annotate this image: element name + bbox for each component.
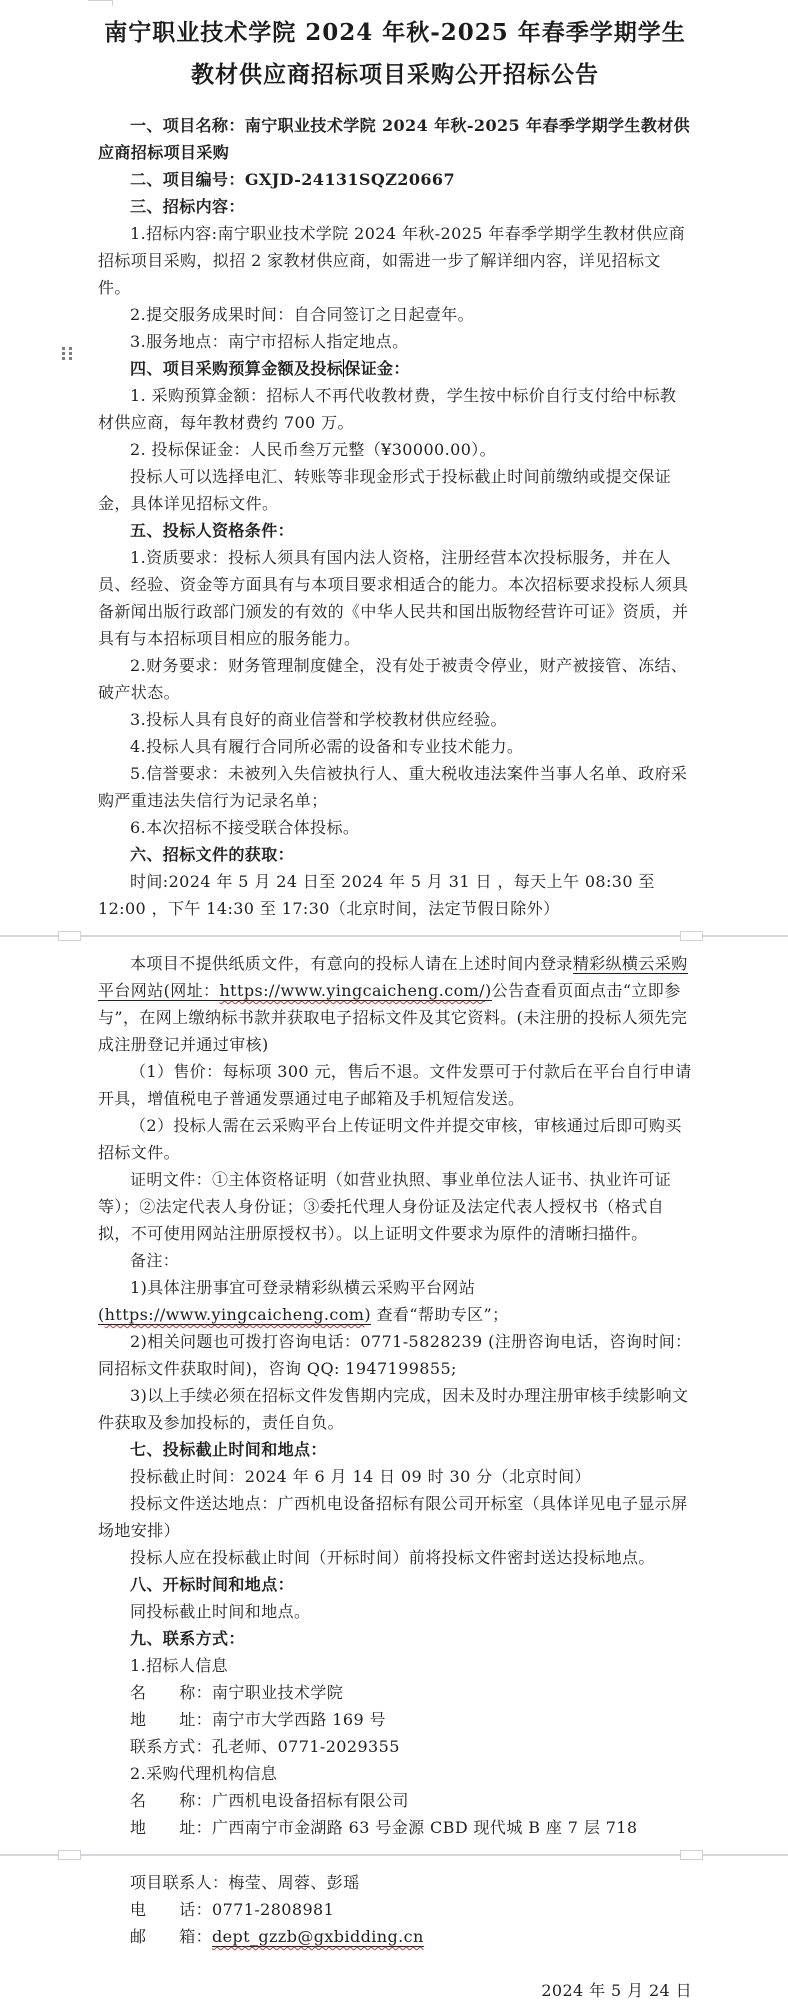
text-run: 保证金： [344, 359, 410, 378]
text-run: 二、项目编号： [130, 170, 245, 189]
text-run: 九、联系方式： [130, 1629, 245, 1648]
paragraph: 2.提交服务成果时间：自合同签订之日起壹年。 [98, 301, 692, 328]
text-run: 备注： [130, 1251, 179, 1270]
text-run: 2024 年 5 月 24 日 [541, 1981, 692, 2000]
text-run: 八、开标时间和地点： [130, 1575, 294, 1594]
paragraph: 项目联系人：梅莹、周蓉、彭瑶 [98, 1869, 692, 1896]
paragraph: 投标文件送达地点：广西机电设备招标有限公司开标室（具体详见电子显示屏场地安排） [98, 1490, 692, 1544]
paragraph: 联系方式：孔老师、0771-2029355 [98, 1733, 692, 1760]
text-run: 2)相关问题也可拨打咨询电话：0771-5828239 (注册咨询电话，咨询时间… [98, 1332, 692, 1378]
text-run: 2.财务要求：财务管理制度健全，没有处于被责令停业，财产被接管、冻结、破产状态。 [98, 656, 687, 702]
text-run: GXJD-24131SQZ20667 [245, 170, 455, 189]
text-run: ( [98, 1305, 105, 1325]
text-run: 本项目不提供纸质文件，有意向的投标人请在上述时间内登录 [130, 954, 573, 973]
text-run: 电 话：0771-2808981 [130, 1900, 334, 1919]
text-run: 证明文件：①主体资格证明（如营业执照、事业单位法人证书、执业许可证等）；②法定代… [98, 1170, 671, 1243]
text-run: 2. 投标保证金：人民币叁万元整（¥30000.00）。 [130, 440, 496, 459]
paragraph: 2)相关问题也可拨打咨询电话：0771-5828239 (注册咨询电话，咨询时间… [98, 1328, 692, 1382]
section-5-heading: 五、投标人资格条件： [98, 517, 692, 544]
paragraph: 地 址：广西南宁市金湖路 63 号金源 CBD 现代城 B 座 7 层 718 [98, 1814, 692, 1841]
text-run: 同投标截止时间和地点。 [130, 1602, 310, 1621]
text-run: 2.采购代理机构信息 [130, 1764, 277, 1783]
text-run: 三、招标内容： [130, 197, 245, 216]
text-run: 1.资质要求：投标人须具有国内法人资格，注册经营本次投标服务，并在人员、经验、资… [98, 548, 688, 648]
text-run: 六、招标文件的获取： [130, 845, 294, 864]
text-run: （1）售价：每标项 300 元，售后不退。文件发票可于付款后在平台自行申请开具，… [98, 1062, 692, 1108]
text-run: 6.本次招标不接受联合体投标。 [130, 818, 359, 837]
text-run: 地 址：广西南宁市金湖路 63 号金源 CBD 现代城 B 座 7 层 718 [130, 1818, 637, 1837]
text-run: 项目联系人：梅莹、周蓉、彭瑶 [130, 1873, 360, 1892]
paragraph: 3)以上手续必须在招标文件发售期内完成，因未及时办理注册审核手续影响文件获取及参… [98, 1382, 692, 1436]
text-run: ) [485, 981, 492, 1001]
announcement-date: 2024 年 5 月 24 日 [98, 1977, 692, 2004]
section-9-heading: 九、联系方式： [98, 1625, 692, 1652]
paragraph: （1）售价：每标项 300 元，售后不退。文件发票可于付款后在平台自行申请开具，… [98, 1058, 692, 1112]
paragraph: 2.采购代理机构信息 [98, 1760, 692, 1787]
text-run: 投标人可以选择电汇、转账等非现金形式于投标截止时间前缴纳或提交保证金，具体详见招… [98, 467, 671, 513]
text-run: 1.招标人信息 [130, 1656, 228, 1675]
paragraph: 1. 采购预算金额：招标人不再代收教材费，学生按中标价自行支付给中标教材供应商，… [98, 382, 692, 436]
text-run: 南宁职业技术学院 2024 年秋-2025 年春季学期学生教材供应商招标项目采购… [104, 19, 686, 88]
section-6-heading: 六、招标文件的获取： [98, 841, 692, 868]
text-run: 1. 采购预算金额：招标人不再代收教材费，学生按中标价自行支付给中标教材供应商，… [98, 386, 676, 432]
paragraph: （2）投标人需在云采购平台上传证明文件并提交审核，审核通过后即可购买招标文件。 [98, 1112, 692, 1166]
document-title: 南宁职业技术学院 2024 年秋-2025 年春季学期学生教材供应商招标项目采购… [98, 12, 692, 96]
text-run: 地 址：南宁市大学西路 169 号 [130, 1710, 386, 1729]
text-run: 七、投标截止时间和地点： [130, 1440, 327, 1459]
text-run: 3.服务地点：南宁市招标人指定地点。 [130, 332, 408, 351]
paragraph: 备注： [98, 1247, 692, 1274]
text-run: 1.招标内容:南宁职业技术学院 2024 年秋-2025 年春季学期学生教材供应… [98, 224, 685, 297]
paragraph: 证明文件：①主体资格证明（如营业执照、事业单位法人证书、执业许可证等）；②法定代… [98, 1166, 692, 1247]
text-run: 五、投标人资格条件： [130, 521, 294, 540]
text-run: 投标文件送达地点：广西机电设备招标有限公司开标室（具体详见电子显示屏场地安排） [98, 1494, 688, 1540]
text-run: 时间:2024 年 5 月 24 日至 2024 年 5 月 31 日 ，每天上… [98, 872, 655, 918]
section-1-heading: 一、项目名称：南宁职业技术学院 2024 年秋-2025 年春季学期学生教材供应… [98, 112, 692, 166]
paragraph: 6.本次招标不接受联合体投标。 [98, 814, 692, 841]
paragraph: 4.投标人具有履行合同所必需的设备和专业技术能力。 [98, 733, 692, 760]
paragraph: 邮 箱：dept_gzzb@gxbidding.cn [98, 1923, 692, 1950]
page-margin-mark [58, 931, 81, 941]
section-4-heading: 四、项目采购预算金额及投标保证金： [98, 355, 692, 382]
paragraph: 2.财务要求：财务管理制度健全，没有处于被责令停业，财产被接管、冻结、破产状态。 [98, 652, 692, 706]
paragraph: 名 称：广西机电设备招标有限公司 [98, 1787, 692, 1814]
page-break-line [0, 1854, 788, 1856]
paragraph: 名 称：南宁职业技术学院 [98, 1679, 692, 1706]
document-body: 南宁职业技术学院 2024 年秋-2025 年春季学期学生教材供应商招标项目采购… [0, 12, 788, 2004]
paragraph: 1.招标内容:南宁职业技术学院 2024 年秋-2025 年春季学期学生教材供应… [98, 220, 692, 301]
text-run: 名 称：广西机电设备招标有限公司 [130, 1791, 409, 1810]
text-run: 四、项目采购预算金额及投标 [130, 359, 343, 378]
text-run: 2.提交服务成果时间：自合同签订之日起壹年。 [130, 305, 474, 324]
text-run: （2）投标人需在云采购平台上传证明文件并提交审核，审核通过后即可购买招标文件。 [98, 1116, 682, 1162]
paragraph: 同投标截止时间和地点。 [98, 1598, 692, 1625]
paragraph: 5.信誉要求：未被列入失信被执行人、重大税收违法案件当事人名单、政府采购严重违法… [98, 760, 692, 814]
paragraph: 1.招标人信息 [98, 1652, 692, 1679]
paragraph: 时间:2024 年 5 月 24 日至 2024 年 5 月 31 日 ，每天上… [98, 868, 692, 922]
text-run: 查看“帮助专区”； [371, 1305, 508, 1324]
section-2-heading: 二、项目编号：GXJD-24131SQZ20667 [98, 166, 692, 193]
page-break-line [0, 935, 788, 937]
text-run: 1)具体注册事宜可登录精彩纵横云采购平台网站 [130, 1278, 475, 1297]
contact-email-link[interactable]: dept_gzzb@gxbidding.cn [212, 1927, 424, 1947]
paragraph: 地 址：南宁市大学西路 169 号 [98, 1706, 692, 1733]
word-document-page: 南宁职业技术学院 2024 年秋-2025 年春季学期学生教材供应商招标项目采购… [0, 0, 788, 2004]
section-3-heading: 三、招标内容： [98, 193, 692, 220]
page-margin-crop-mark [88, 0, 113, 6]
paragraph: 电 话：0771-2808981 [98, 1896, 692, 1923]
paragraph: 2. 投标保证金：人民币叁万元整（¥30000.00）。 [98, 436, 692, 463]
paragraph: 1)具体注册事宜可登录精彩纵横云采购平台网站(https://www.yingc… [98, 1274, 692, 1328]
page-margin-mark [680, 931, 703, 941]
text-run: 3)以上手续必须在招标文件发售期内完成，因未及时办理注册审核手续影响文件获取及参… [98, 1386, 688, 1432]
paragraph: 投标截止时间：2024 年 6 月 14 日 09 时 30 分（北京时间） [98, 1463, 692, 1490]
text-run: 3.投标人具有良好的商业信誉和学校教材供应经验。 [130, 710, 507, 729]
text-run: 邮 箱： [130, 1927, 212, 1946]
text-run: 名 称：南宁职业技术学院 [130, 1683, 343, 1702]
platform-url-link-2[interactable]: https://www.yingcaicheng.com [105, 1305, 365, 1325]
page-margin-mark [58, 1850, 81, 1860]
paragraph: 本项目不提供纸质文件，有意向的投标人请在上述时间内登录精彩纵横云采购平台网站(网… [98, 950, 692, 1058]
text-run: 一、项目名称： [130, 116, 245, 135]
paragraph: 1.资质要求：投标人须具有国内法人资格，注册经营本次投标服务，并在人员、经验、资… [98, 544, 692, 652]
page-margin-mark [680, 1850, 703, 1860]
text-run: 4.投标人具有履行合同所必需的设备和专业技术能力。 [130, 737, 523, 756]
text-run: 投标截止时间：2024 年 6 月 14 日 09 时 30 分（北京时间） [130, 1467, 591, 1486]
text-run: 投标人应在投标截止时间（开标时间）前将投标文件密封送达投标地点。 [130, 1548, 655, 1567]
section-7-heading: 七、投标截止时间和地点： [98, 1436, 692, 1463]
section-8-heading: 八、开标时间和地点： [98, 1571, 692, 1598]
text-run: 5.信誉要求：未被列入失信被执行人、重大税收违法案件当事人名单、政府采购严重违法… [98, 764, 687, 810]
paragraph: 投标人应在投标截止时间（开标时间）前将投标文件密封送达投标地点。 [98, 1544, 692, 1571]
paragraph: 3.投标人具有良好的商业信誉和学校教材供应经验。 [98, 706, 692, 733]
platform-url-link[interactable]: https://www.yingcaicheng.com/ [219, 981, 485, 1001]
paragraph: 投标人可以选择电汇、转账等非现金形式于投标截止时间前缴纳或提交保证金，具体详见招… [98, 463, 692, 517]
paragraph: 3.服务地点：南宁市招标人指定地点。 [98, 328, 692, 355]
text-run: 联系方式：孔老师、0771-2029355 [130, 1737, 400, 1756]
